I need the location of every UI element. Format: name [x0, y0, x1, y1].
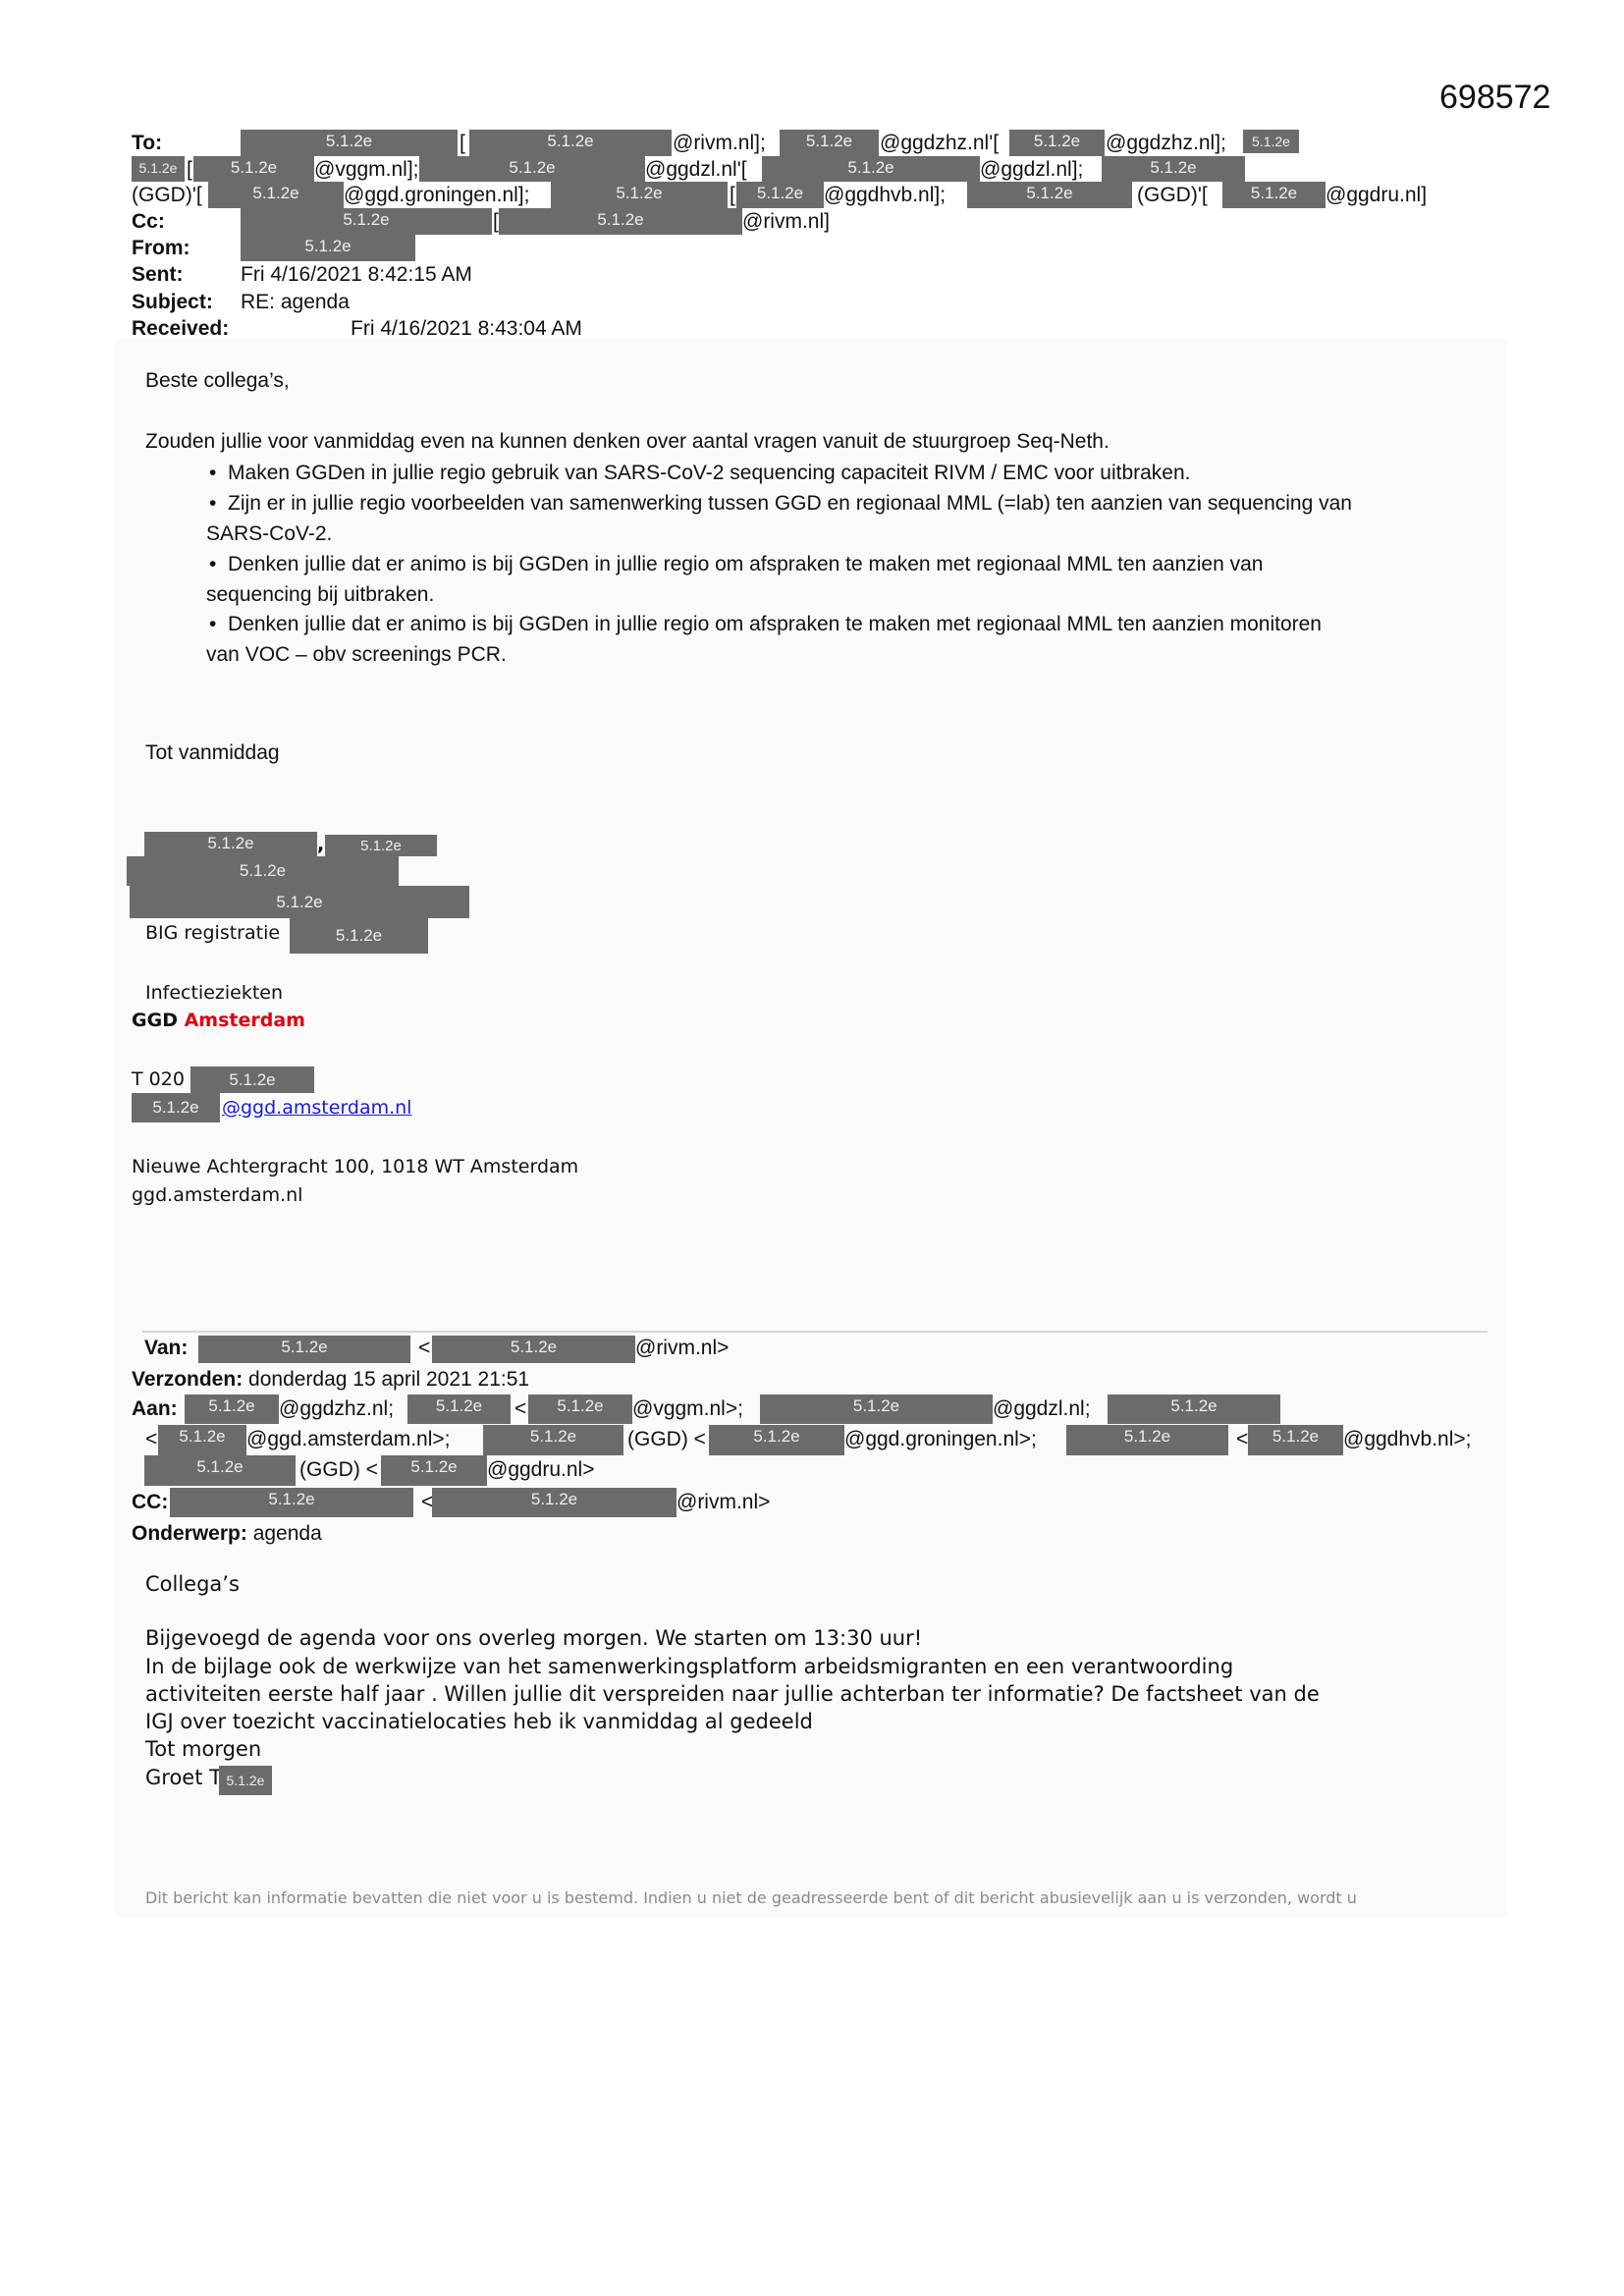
redaction: 5.1.2e: [241, 208, 492, 235]
address-domain: @ggdzl.nl];: [980, 156, 1083, 183]
onderwerp-row: Onderwerp: agenda: [132, 1519, 322, 1549]
redaction: 5.1.2e: [1243, 130, 1299, 153]
quoted-groet: Groet T: [145, 1764, 222, 1791]
intro-paragraph: Zouden jullie voor vanmiddag even na kun…: [145, 427, 1110, 457]
angle-bracket: <: [514, 1394, 526, 1424]
redaction: 5.1.2e: [469, 130, 672, 156]
quoted-line: IGJ over toezicht vaccinatielocaties heb…: [145, 1708, 813, 1735]
organization: GGD Amsterdam: [132, 1007, 305, 1034]
bullet-2-continued: SARS-CoV-2.: [206, 519, 332, 549]
big-registration-label: BIG registratie: [145, 919, 280, 947]
received-row: Received: Fri 4/16/2021 8:43:04 AM: [132, 315, 917, 342]
aan-label: Aan:: [132, 1397, 178, 1420]
bullet-3: • Denken jullie dat er animo is bij GGDe…: [209, 550, 1263, 579]
redaction: 5.1.2e: [760, 1394, 993, 1424]
redaction: 5.1.2e: [1102, 156, 1245, 182]
redaction: 5.1.2e: [1066, 1425, 1228, 1455]
greeting: Beste collega’s,: [145, 366, 290, 396]
redaction: 5.1.2e: [483, 1425, 623, 1455]
quote-divider: [142, 1331, 1488, 1333]
address-domain: @ggdhvb.nl>;: [1343, 1425, 1472, 1454]
redaction: 5.1.2e: [736, 182, 824, 208]
redaction: 5.1.2e: [208, 182, 344, 208]
address-domain: @ggd.groningen.nl];: [344, 182, 529, 208]
bullet-icon: •: [209, 613, 216, 635]
phone-line: T 020: [132, 1066, 185, 1093]
redaction: 5.1.2e: [198, 1336, 410, 1363]
to-row-3: (GGD)'[ 5.1.2e @ggd.groningen.nl]; 5.1.2…: [132, 182, 1526, 208]
address-name-suffix: (GGD) <: [627, 1425, 706, 1454]
bullet-1: • Maken GGDen in jullie regio gebruik va…: [209, 459, 1191, 488]
redaction: 5.1.2e: [170, 1488, 413, 1517]
redaction: 5.1.2e: [144, 1455, 296, 1486]
received-label: Received:: [132, 315, 229, 342]
address-domain: @rivm.nl];: [673, 130, 766, 156]
redaction: 5.1.2e: [432, 1488, 677, 1517]
address-domain: @ggdzhz.nl;: [279, 1394, 394, 1424]
redaction: 5.1.2e: [190, 1066, 314, 1093]
bullet-4: • Denken jullie dat er animo is bij GGDe…: [209, 610, 1322, 639]
redaction: 5.1.2e: [132, 156, 185, 182]
address-domain: @ggdhvb.nl];: [824, 182, 946, 208]
page-number: 698572: [1439, 79, 1550, 117]
verzonden-label: Verzonden:: [132, 1368, 243, 1391]
to-label: To:: [132, 130, 162, 156]
address-domain: @vggm.nl];: [314, 156, 419, 183]
subject-label: Subject:: [132, 289, 213, 315]
redaction: 5.1.2e: [780, 130, 879, 156]
bullet-icon: •: [209, 553, 216, 575]
received-value: Fri 4/16/2021 8:43:04 AM: [351, 315, 582, 342]
to-row-2: 5.1.2e [ 5.1.2e @vggm.nl]; 5.1.2e @ggdzl…: [132, 156, 1526, 183]
bullet-4-continued: van VOC – obv screenings PCR.: [206, 640, 507, 670]
quoted-line: activiteiten eerste half jaar . Willen j…: [145, 1680, 1320, 1708]
redaction: 5.1.2e: [1108, 1394, 1280, 1424]
phone-prefix: T 020: [132, 1068, 185, 1090]
address-domain: @ggd.groningen.nl>;: [844, 1425, 1037, 1454]
redaction: 5.1.2e: [381, 1455, 487, 1486]
redaction: 5.1.2e: [130, 886, 469, 918]
cc-quoted-row: CC: 5.1.2e < 5.1.2e @rivm.nl>: [132, 1488, 1526, 1517]
cc-label: Cc:: [132, 208, 165, 235]
bullet-text: Denken jullie dat er animo is bij GGDen …: [228, 613, 1322, 635]
redaction: 5.1.2e: [499, 208, 742, 235]
aan-row-2: < 5.1.2e @ggd.amsterdam.nl>; 5.1.2e (GGD…: [132, 1425, 1526, 1455]
redaction: 5.1.2e: [193, 156, 314, 182]
aan-row-3: 5.1.2e (GGD) < 5.1.2e @ggdru.nl>: [132, 1455, 1526, 1486]
address: Nieuwe Achtergracht 100, 1018 WT Amsterd…: [132, 1153, 578, 1180]
redaction: 5.1.2e: [762, 156, 980, 182]
van-label: Van:: [144, 1337, 188, 1359]
redaction: 5.1.2e: [219, 1766, 272, 1795]
redaction: 5.1.2e: [241, 235, 415, 261]
to-row-1: To: 5.1.2e [ 5.1.2e @rivm.nl]; 5.1.2e @g…: [132, 130, 1526, 156]
onderwerp-value: agenda: [253, 1522, 322, 1545]
subject-row: Subject: RE: agenda: [132, 289, 917, 315]
bracket: [: [460, 130, 465, 156]
redaction: 5.1.2e: [528, 1394, 632, 1424]
sent-row: Sent: Fri 4/16/2021 8:42:15 AM: [132, 261, 917, 288]
angle-bracket: <: [1236, 1425, 1248, 1454]
redaction: 5.1.2e: [127, 856, 399, 886]
redaction: 5.1.2e: [185, 1394, 279, 1424]
from-label: From:: [132, 235, 190, 261]
address-domain: @ggdzhz.nl];: [1106, 130, 1226, 156]
bullet-icon: •: [209, 492, 216, 515]
redaction: 5.1.2e: [432, 1336, 635, 1363]
bullet-3-continued: sequencing bij uitbraken.: [206, 580, 434, 610]
sent-value: Fri 4/16/2021 8:42:15 AM: [241, 261, 472, 288]
address-domain: @ggdru.nl]: [1326, 182, 1427, 208]
address-domain: @vggm.nl>;: [632, 1394, 743, 1424]
redaction: 5.1.2e: [132, 1093, 220, 1122]
bullet-text: Denken jullie dat er animo is bij GGDen …: [228, 553, 1263, 575]
email-link[interactable]: @ggd.amsterdam.nl: [222, 1094, 411, 1121]
address-name-suffix: (GGD)'[: [132, 182, 202, 208]
disclaimer: Dit bericht kan informatie bevatten die …: [145, 1888, 1357, 1907]
redaction: 5.1.2e: [325, 835, 437, 856]
quoted-line: Tot morgen: [145, 1735, 261, 1763]
quoted-line: Bijgevoegd de agenda voor ons overleg mo…: [145, 1624, 922, 1652]
sent-label: Sent:: [132, 261, 184, 288]
bullet-icon: •: [209, 462, 216, 484]
address-domain: @rivm.nl>: [635, 1334, 729, 1363]
angle-bracket: <: [418, 1334, 430, 1363]
cc-row: Cc: 5.1.2e [ 5.1.2e @rivm.nl]: [132, 208, 1526, 235]
address-domain: @ggdzl.nl;: [993, 1394, 1091, 1424]
website: ggd.amsterdam.nl: [132, 1181, 302, 1209]
verzonden-value: donderdag 15 april 2021 21:51: [248, 1368, 529, 1391]
bracket: [: [493, 208, 499, 235]
address-domain: @rivm.nl]: [742, 208, 830, 235]
subject-value: RE: agenda: [241, 289, 350, 315]
address-name-suffix: (GGD)'[: [1137, 182, 1208, 208]
signature-comma: ,: [317, 831, 324, 858]
department: Infectieziekten: [145, 979, 283, 1007]
bullet-text: Maken GGDen in jullie regio gebruik van …: [228, 462, 1190, 484]
redaction: 5.1.2e: [551, 182, 728, 208]
organization-prefix: GGD: [132, 1010, 178, 1031]
angle-bracket: <: [145, 1425, 157, 1454]
bracket: [: [187, 156, 192, 183]
redaction: 5.1.2e: [158, 1425, 246, 1455]
address-domain: @ggd.amsterdam.nl>;: [246, 1425, 451, 1454]
cc-quoted-label: CC:: [132, 1491, 168, 1513]
bullet-2: • Zijn er in jullie regio voorbeelden va…: [209, 489, 1352, 519]
redaction: 5.1.2e: [290, 918, 428, 954]
organization-city: Amsterdam: [185, 1010, 305, 1031]
verzonden-row: Verzonden: donderdag 15 april 2021 21:51: [132, 1365, 529, 1394]
address-name-suffix: (GGD) <: [299, 1455, 378, 1485]
bracket: [: [730, 182, 735, 208]
redaction: 5.1.2e: [1009, 130, 1105, 156]
redaction: 5.1.2e: [1248, 1425, 1343, 1455]
bullet-text: Zijn er in jullie regio voorbeelden van …: [228, 492, 1352, 515]
redaction: 5.1.2e: [967, 182, 1132, 208]
quoted-greeting: Collega’s: [145, 1570, 240, 1598]
onderwerp-label: Onderwerp:: [132, 1522, 247, 1545]
redaction: 5.1.2e: [1222, 182, 1326, 208]
redaction: 5.1.2e: [419, 156, 645, 182]
aan-row-1: Aan: 5.1.2e @ggdzhz.nl; 5.1.2e < 5.1.2e …: [132, 1394, 1526, 1424]
redaction: 5.1.2e: [144, 832, 317, 856]
redaction: 5.1.2e: [709, 1425, 844, 1455]
from-row: From: 5.1.2e: [132, 235, 917, 261]
address-domain: @rivm.nl>: [677, 1488, 770, 1517]
van-row: Van: 5.1.2e < 5.1.2e @rivm.nl>: [132, 1334, 1526, 1363]
redaction: 5.1.2e: [407, 1394, 511, 1424]
address-domain: @ggdzl.nl'[: [645, 156, 747, 183]
closing: Tot vanmiddag: [145, 738, 280, 768]
address-domain: @ggdzhz.nl'[: [880, 130, 999, 156]
quoted-line: In de bijlage ook de werkwijze van het s…: [145, 1653, 1233, 1680]
redaction: 5.1.2e: [241, 130, 458, 156]
address-domain: @ggdru.nl>: [487, 1455, 594, 1485]
